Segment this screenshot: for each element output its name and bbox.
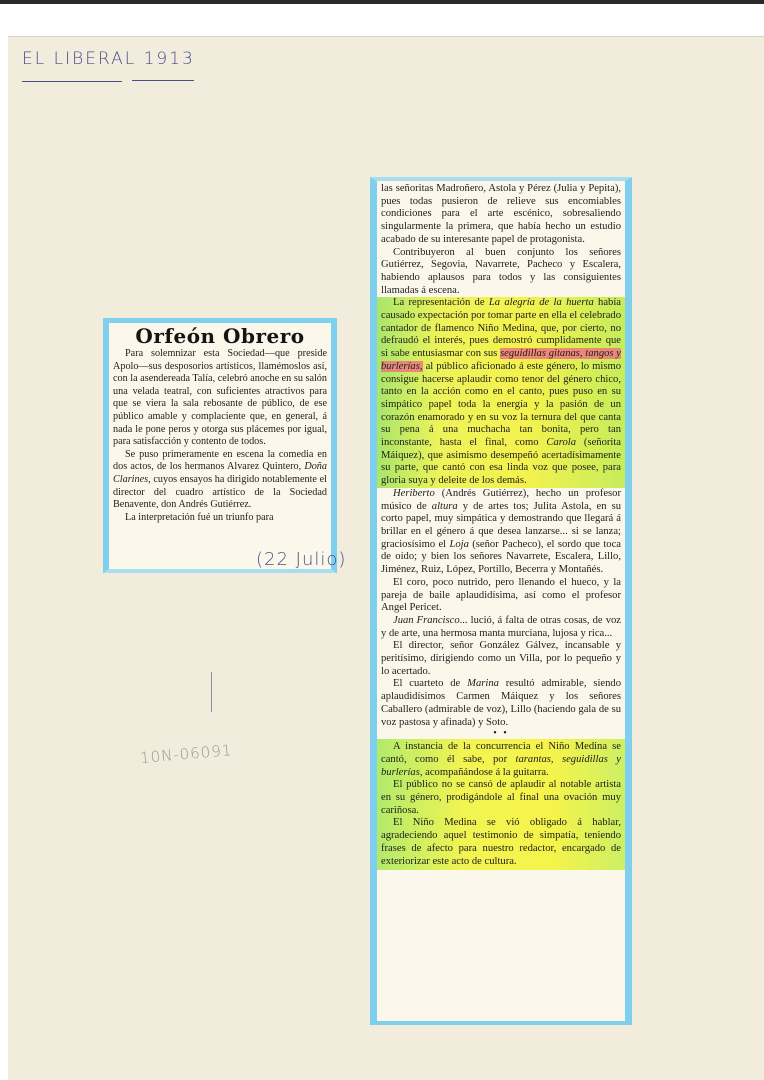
handwritten-source-title: EL LIBERAL 1913 — [22, 49, 195, 69]
paragraph: El cuarteto de Marina resultó admirable,… — [381, 678, 621, 729]
paragraph: El director, señor González Gálvez, inca… — [381, 640, 621, 678]
paragraph: La representación de La alegría de la hu… — [381, 297, 621, 488]
play-title: Marina — [467, 678, 499, 689]
clipping-orfeon-obrero: Orfeón Obrero Para solemnizar esta Socie… — [103, 318, 337, 573]
paragraph: El coro, poco nutrido, pero llenando el … — [381, 577, 621, 615]
paragraph: Se puso primeramente en escena la comedi… — [113, 449, 327, 512]
handwritten-underline — [22, 81, 122, 82]
handwritten-archive-code: 10N-06091 — [139, 741, 233, 767]
paragraph: Heriberto (Andrés Gutiérrez), hecho un p… — [381, 488, 621, 577]
highlighted-section: A instancia de la concurrencia el Niño M… — [377, 739, 625, 870]
highlighted-section: La representación de La alegría de la hu… — [377, 297, 625, 488]
clipping-headline: Orfeón Obrero — [113, 325, 327, 347]
section-separator: • • — [381, 729, 621, 739]
paragraph: La interpretación fué un triunfo para — [113, 512, 327, 525]
role-name: Juan Francisco — [393, 615, 460, 626]
role-name: Carola — [546, 437, 576, 448]
paragraph: las señoritas Madroñero, Astola y Pérez … — [381, 183, 621, 247]
play-title: La alegría de la huerta — [489, 297, 594, 308]
paragraph: El Niño Medina se vió obligado á hablar,… — [381, 817, 621, 868]
archive-sheet: EL LIBERAL 1913 Orfeón Obrero Para solem… — [8, 36, 764, 1080]
pencil-mark — [211, 672, 212, 712]
paragraph: Para solemnizar esta Sociedad—que presid… — [113, 348, 327, 449]
paragraph: El público no se cansó de aplaudir al no… — [381, 779, 621, 817]
paragraph: Juan Francisco... lució, á falta de otra… — [381, 615, 621, 640]
paragraph: Contribuyeron al buen conjunto los señor… — [381, 247, 621, 298]
role-name: Loja — [449, 539, 468, 550]
handwritten-date: (22 Julio) — [256, 549, 346, 570]
scanner-top-edge — [0, 0, 764, 4]
handwritten-underline — [132, 80, 194, 81]
paragraph: A instancia de la concurrencia el Niño M… — [381, 741, 621, 779]
clipping-continuation: las señoritas Madroñero, Astola y Pérez … — [370, 177, 632, 1025]
role-name: Heriberto — [393, 488, 435, 499]
